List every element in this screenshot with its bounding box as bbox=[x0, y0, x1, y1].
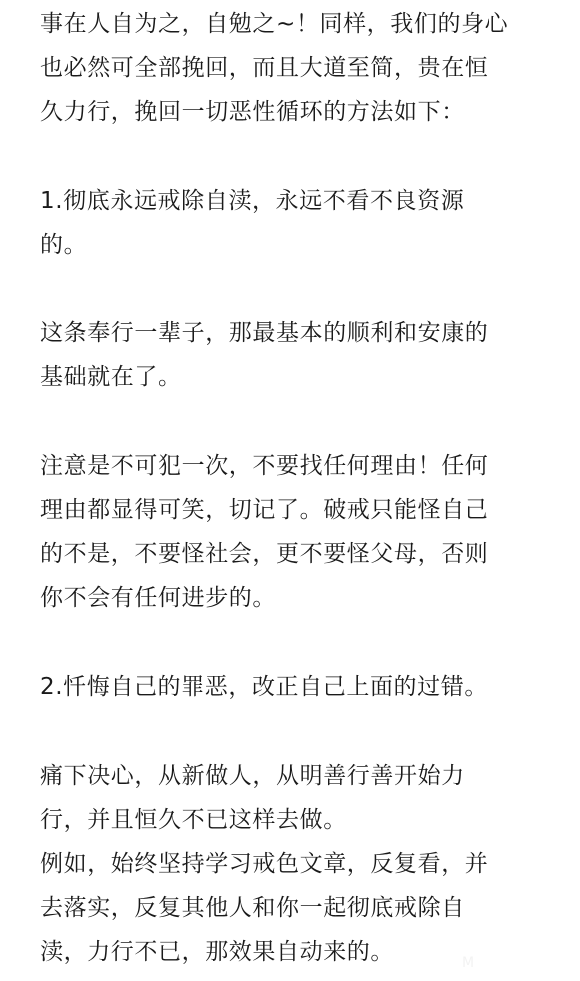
text-line: 事在人自为之，自勉之~！同样，我们的身心 bbox=[40, 9, 560, 39]
list-item-heading: 的。 bbox=[40, 230, 560, 260]
text-line: 的不是，不要怪社会，更不要怪父母，否则 bbox=[40, 539, 560, 569]
list-item-heading: 2.忏悔自己的罪恶，改正自己上面的过错。 bbox=[40, 672, 560, 702]
text-line: 注意是不可犯一次，不要找任何理由！任何 bbox=[40, 451, 560, 481]
text-line: 久力行，挽回一切恶性循环的方法如下： bbox=[40, 97, 560, 127]
text-line: 这条奉行一辈子，那最基本的顺利和安康的 bbox=[40, 318, 560, 348]
text-line: 基础就在了。 bbox=[40, 362, 560, 392]
text-line: 例如，始终坚持学习戒色文章，反复看，并 bbox=[40, 849, 560, 879]
text-line: 行，并且恒久不已这样去做。 bbox=[40, 805, 560, 835]
document-page: 事在人自为之，自勉之~！同样，我们的身心 也必然可全部挽回，而且大道至简，贵在恒… bbox=[0, 0, 580, 981]
text-line: 你不会有任何进步的。 bbox=[40, 583, 560, 613]
text-line: 痛下决心，从新做人，从明善行善开始力 bbox=[40, 761, 560, 791]
text-line: 也必然可全部挽回，而且大道至简，贵在恒 bbox=[40, 53, 560, 83]
text-line: 渎，力行不已，那效果自动来的。 bbox=[40, 937, 560, 967]
text-line: 去落实，反复其他人和你一起彻底戒除自 bbox=[40, 893, 560, 923]
watermark: M bbox=[462, 955, 474, 971]
list-item-heading: 1.彻底永远戒除自渎，永远不看不良资源 bbox=[40, 186, 560, 216]
text-line: 理由都显得可笑，切记了。破戒只能怪自己 bbox=[40, 495, 560, 525]
